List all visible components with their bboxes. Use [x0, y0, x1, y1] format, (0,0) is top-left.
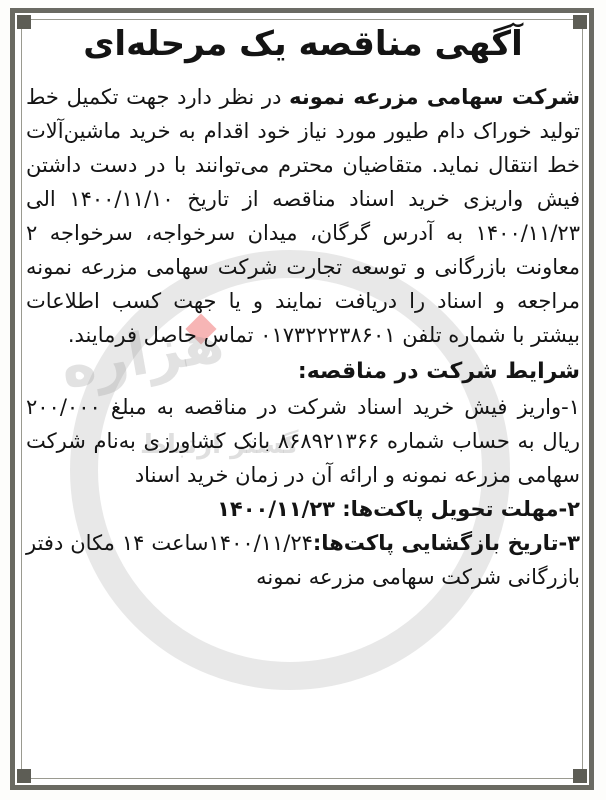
intro-text: در نظر دارد جهت تکمیل خط تولید خوراک دام… [26, 85, 580, 347]
conditions-heading: شرایط شرکت در مناقصه: [26, 354, 580, 390]
company-name: شرکت سهامی مزرعه نمونه [289, 85, 580, 109]
notice-title: آگهی مناقصه یک مرحله‌ای [26, 18, 580, 70]
condition-item-1: ۱-واریز فیش خرید اسناد شرکت در مناقصه به… [26, 390, 580, 492]
frame-corner-ornament [573, 769, 587, 783]
condition-item-2: ۲-مهلت تحویل پاکت‌ها: ۱۴۰۰/۱۱/۲۳ [26, 492, 580, 526]
intro-paragraph: شرکت سهامی مزرعه نمونه در نظر دارد جهت ت… [26, 80, 580, 352]
condition-item-3: ۳-تاریخ بازگشایی پاکت‌ها:۱۴۰۰/۱۱/۲۴ساعت … [26, 526, 580, 594]
notice-content: آگهی مناقصه یک مرحله‌ای شرکت سهامی مزرعه… [26, 18, 580, 594]
frame-corner-ornament [17, 769, 31, 783]
